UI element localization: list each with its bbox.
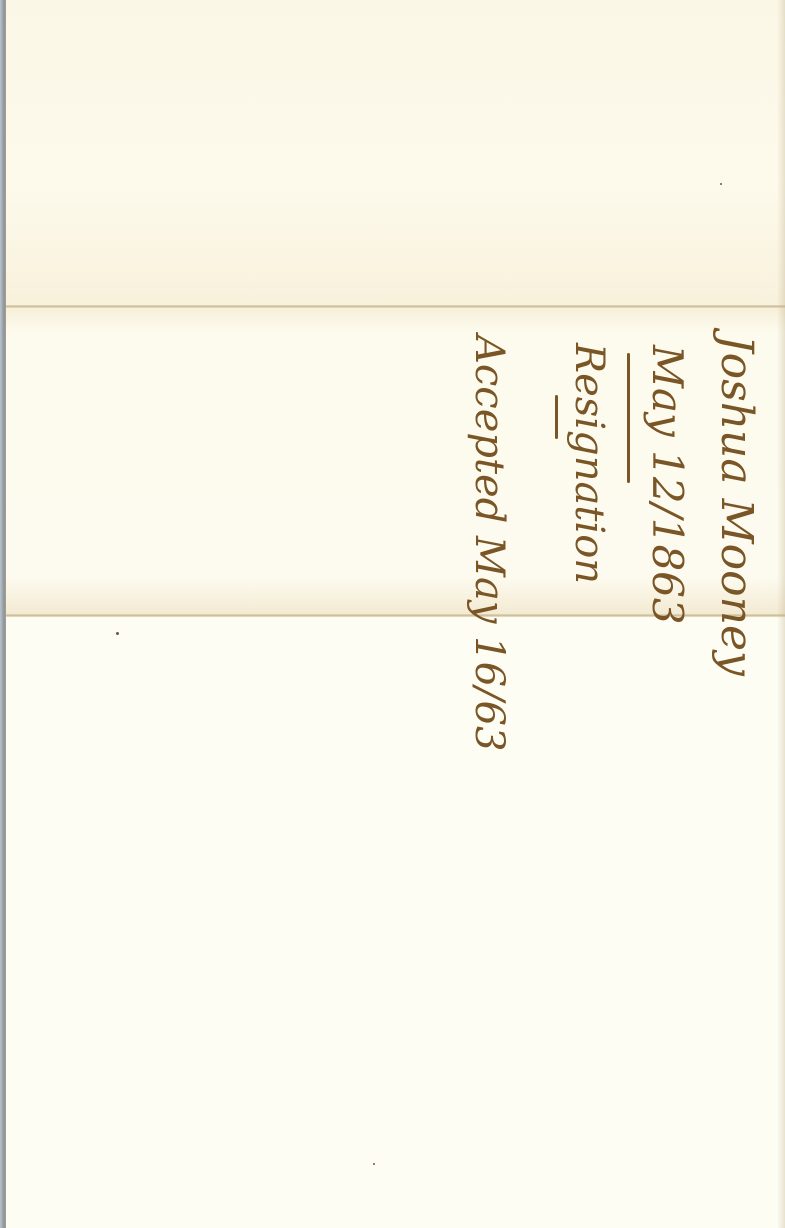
underline-rule [627, 353, 630, 483]
docket-subject: Resignation [566, 343, 612, 584]
docket-endorsement: Accepted May 16/63 [466, 335, 512, 751]
docket-date: May 12/1863 [643, 345, 692, 625]
rotated-docket-text: Joshua Mooney May 12/1863 Resignation Ac… [410, 325, 770, 615]
separator-dash [555, 395, 558, 439]
bottom-fold-panel [6, 618, 785, 1228]
handwritten-docket: Joshua Mooney May 12/1863 Resignation Ac… [410, 325, 770, 615]
page-right-edge [777, 0, 785, 1228]
docket-name: Joshua Mooney [711, 335, 762, 676]
paper-speck [116, 632, 119, 635]
paper-speck [720, 183, 722, 185]
paper-speck [373, 1163, 375, 1165]
top-fold-panel [6, 0, 785, 305]
